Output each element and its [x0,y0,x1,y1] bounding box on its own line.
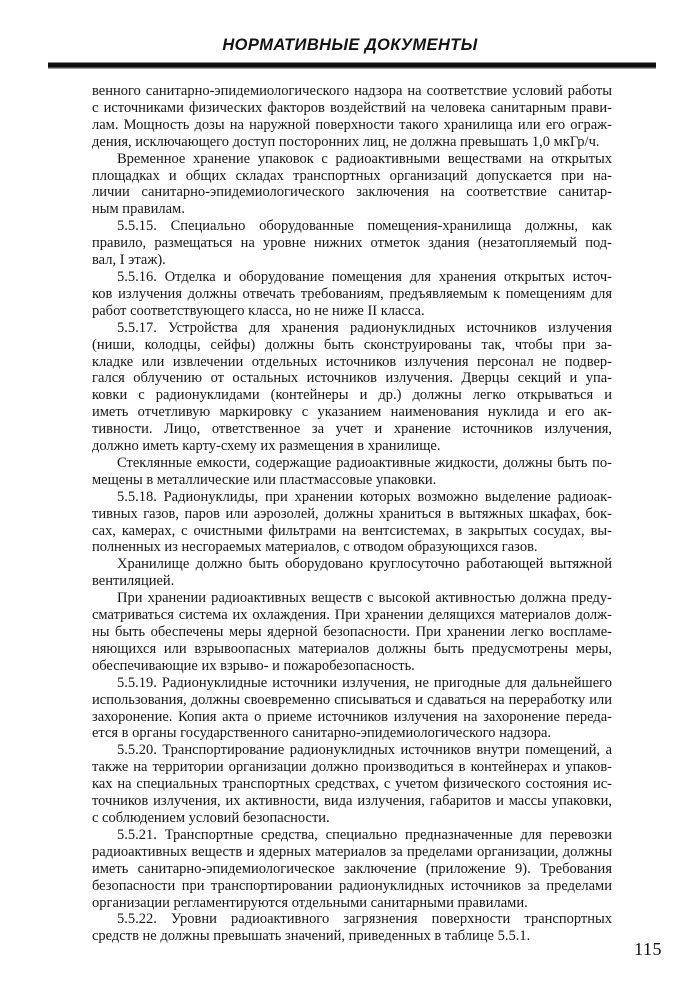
text-line: 5.5.17. Устройства для хранения радионук… [92,320,612,337]
text-line: безопасности при транспортировании радио… [92,878,612,895]
text-line: иметь санитарно-эпидемиологическое заклю… [92,861,612,878]
text-line: с источниками физических факторов воздей… [92,100,612,117]
text-line: сматриваться система их охлаждения. При … [92,607,612,624]
text-line: Временное хранение упаковок с радиоактив… [92,151,612,168]
document-page: НОРМАТИВНЫЕ ДОКУМЕНТЫ венного санитарно-… [0,0,700,995]
text-line: точников излучения, их активности, вида … [92,793,612,810]
text-line: лам. Мощность дозы на наружной поверхнос… [92,117,612,134]
text-line: При хранении радиоактивных веществ с выс… [92,590,612,607]
text-line: захоронение. Копия акта о приеме источни… [92,709,612,726]
text-line: обеспечивающие их взрыво- и пожаробезопа… [92,658,612,675]
text-line: дения, исключающего доступ посторонних л… [92,134,612,151]
text-line: Хранилище должно быть оборудовано кругло… [92,556,612,573]
text-line: работ соответствующего класса, но не ниж… [92,303,612,320]
text-line: ется в органы государственного санитарно… [92,725,612,742]
text-line: личии санитарно-эпидемиологического закл… [92,184,612,201]
text-line: (ниши, колодцы, сейфы) должны быть сконс… [92,337,612,354]
text-line: кладке или извлечении отдельных источник… [92,354,612,371]
text-line: 5.5.20. Транспортирование радионуклидных… [92,742,612,759]
text-line: гался облучению от остальных источников … [92,370,612,387]
text-line: также на территории организации должно п… [92,759,612,776]
text-line: ках на специальных транспортных средства… [92,776,612,793]
text-line: полненных из несгораемых материалов, с о… [92,539,612,556]
text-line: организации регламентируются отдельными … [92,895,612,912]
text-line: ковки с радионуклидами (контейнеры и др.… [92,387,612,404]
text-line: с соблюдением условий безопасности. [92,810,612,827]
text-line: иметь отчетливую маркировку с указанием … [92,404,612,421]
text-line: должно иметь карту-схему их размещения в… [92,438,612,455]
text-line: тивных газов, паров или аэрозолей, должн… [92,506,612,523]
text-line: тивности. Лицо, ответственное за учет и … [92,421,612,438]
text-line: средств не должны превышать значений, пр… [92,928,612,945]
page-header-title: НОРМАТИВНЫЕ ДОКУМЕНТЫ [0,36,700,55]
text-line: 5.5.22. Уровни радиоактивного загрязнени… [92,911,612,928]
text-line: 5.5.15. Специально оборудованные помещен… [92,218,612,235]
text-line: Стеклянные емкости, содержащие радиоакти… [92,455,612,472]
text-line: 5.5.21. Транспортные средства, специальн… [92,827,612,844]
text-line: использования, должны своевременно списы… [92,692,612,709]
text-line: венного санитарно-эпидемиологического на… [92,83,612,100]
document-body: венного санитарно-эпидемиологического на… [92,83,612,945]
text-line: радиоактивных веществ и ядерных материал… [92,844,612,861]
page-number: 115 [634,939,662,960]
text-line: мещены в металлические или пластмассовые… [92,472,612,489]
text-line: 5.5.19. Радионуклидные источники излучен… [92,675,612,692]
text-line: вентиляцией. [92,573,612,590]
text-line: сах, камерах, с очистными фильтрами на в… [92,523,612,540]
text-line: няющихся или взрывоопасных материалов до… [92,641,612,658]
text-line: вал, I этаж). [92,252,612,269]
text-line: 5.5.16. Отделка и оборудование помещения… [92,269,612,286]
header-rule [48,62,656,69]
text-line: ны быть обеспечены меры ядерной безопасн… [92,624,612,641]
text-line: площадках и общих складах транспортных о… [92,168,612,185]
text-line: 5.5.18. Радионуклиды, при хранении котор… [92,489,612,506]
text-line: ным правилам. [92,201,612,218]
text-line: правило, размещаться на уровне нижних от… [92,235,612,252]
text-line: ков излучения должны отвечать требования… [92,286,612,303]
